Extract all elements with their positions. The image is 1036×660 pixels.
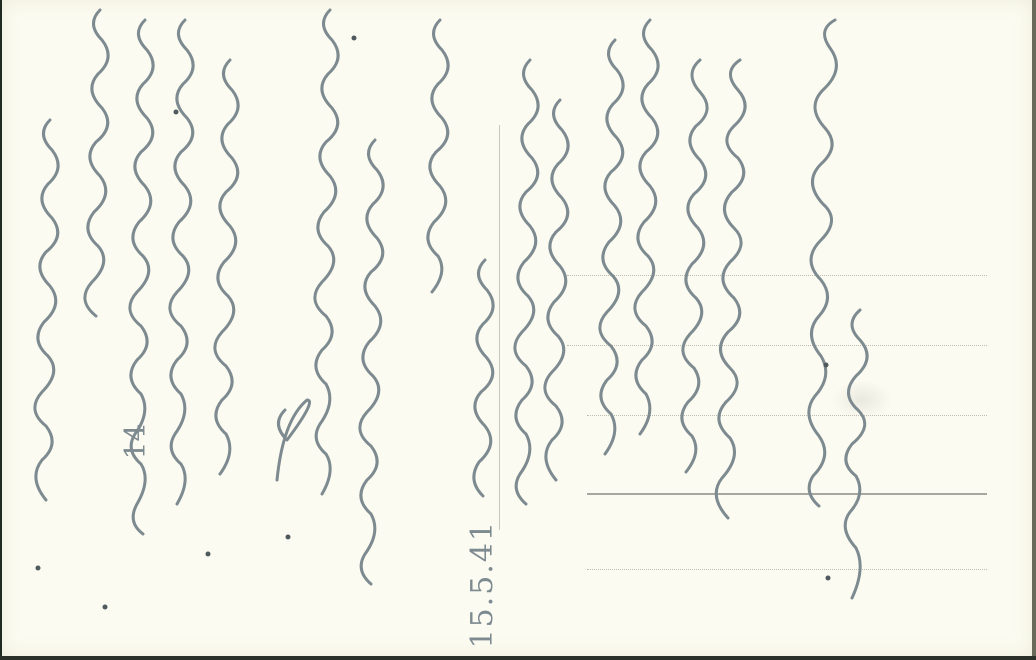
- handwriting-line: [35, 120, 58, 500]
- handwriting-line: [809, 20, 837, 506]
- handwriting-line: [85, 10, 108, 316]
- card-edge-right: [1032, 0, 1036, 660]
- handwriting-line: [545, 100, 568, 480]
- handwriting-line: [215, 60, 238, 474]
- handwritten-number: 14: [118, 424, 151, 460]
- handwriting-line: [315, 10, 338, 494]
- handwriting-line: [845, 310, 867, 598]
- handwriting-line: [170, 20, 193, 504]
- handwriting-line: [515, 60, 538, 504]
- card-edge-bottom: [0, 656, 1036, 660]
- handwriting-line: [716, 60, 745, 518]
- handwriting-line: [682, 60, 707, 472]
- handwriting-line: [428, 20, 448, 292]
- message-date: 15.5.41: [400, 560, 540, 600]
- handwriting-line: [635, 20, 658, 434]
- handwriting-line: [277, 400, 310, 480]
- handwriting-line: [600, 40, 623, 454]
- handwriting-line: [360, 140, 383, 584]
- handwriting-line: [474, 260, 493, 496]
